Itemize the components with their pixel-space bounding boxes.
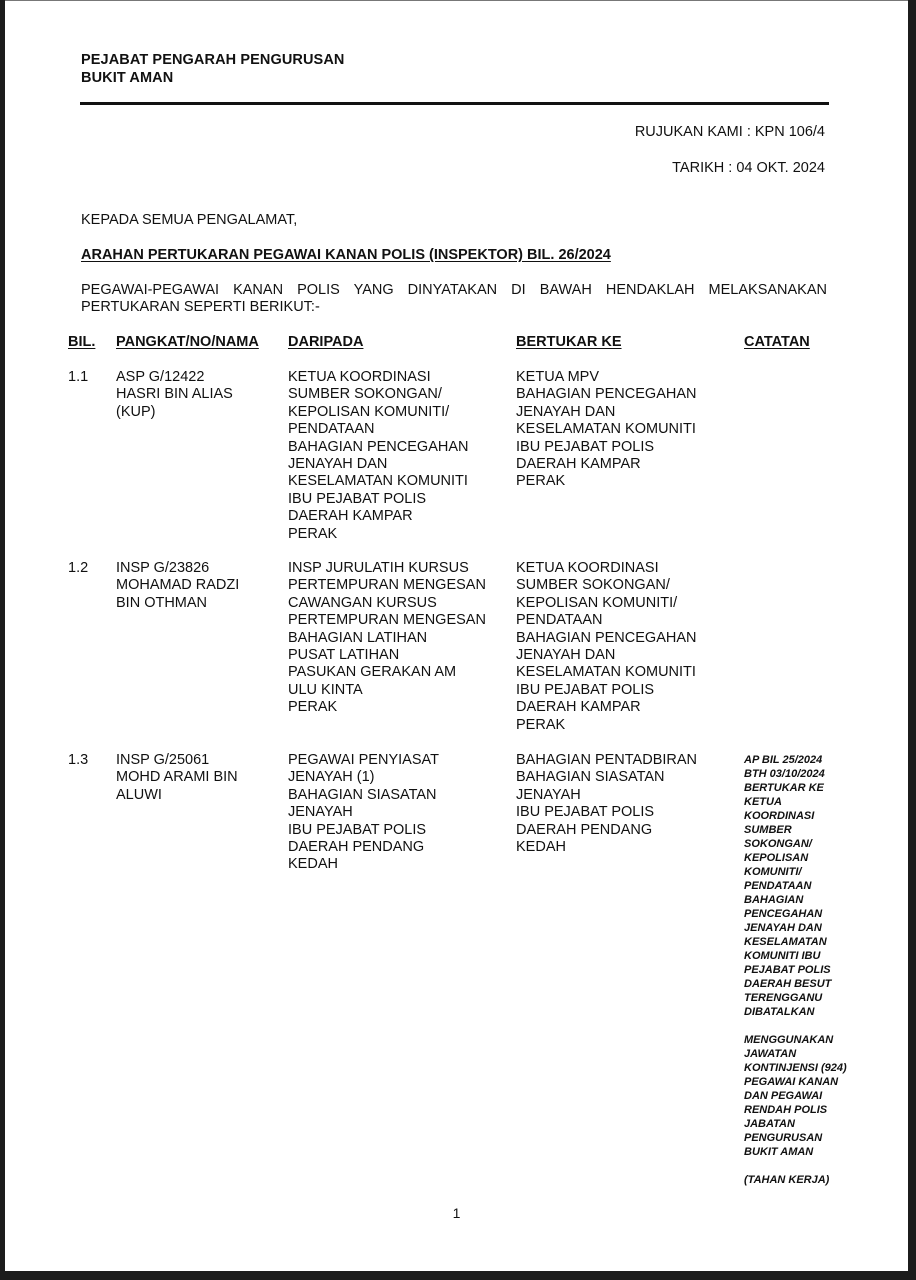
row-number: 1.1: [68, 369, 88, 386]
intro-line-2: PERTUKARAN SEPERTI BERIKUT:-: [81, 299, 827, 316]
officer-name: ASP G/12422 HASRI BIN ALIAS (KUP): [116, 369, 233, 421]
letterhead: PEJABAT PENGARAH PENGURUSAN BUKIT AMAN: [81, 51, 344, 87]
reference-number: RUJUKAN KAMI : KPN 106/4: [635, 124, 825, 140]
column-header-bertukar-ke: BERTUKAR KE: [516, 334, 622, 350]
row-number: 1.2: [68, 560, 88, 577]
header-divider: [80, 102, 829, 105]
officer-name: INSP G/25061 MOHD ARAMI BIN ALUWI: [116, 752, 238, 804]
column-header-daripada: DARIPADA: [288, 334, 363, 350]
document-date: TARIKH : 04 OKT. 2024: [672, 160, 825, 176]
document-subject: ARAHAN PERTUKARAN PEGAWAI KANAN POLIS (I…: [81, 247, 611, 263]
column-header-bil: BIL.: [68, 334, 95, 350]
intro-line-1: PEGAWAI-PEGAWAI KANAN POLIS YANG DINYATA…: [81, 282, 827, 299]
officer-name: INSP G/23826 MOHAMAD RADZI BIN OTHMAN: [116, 560, 239, 612]
transfer-to: KETUA KOORDINASI SUMBER SOKONGAN/ KEPOLI…: [516, 560, 697, 734]
remarks: AP BIL 25/2024 BTH 03/10/2024 BERTUKAR K…: [744, 753, 847, 1187]
row-number: 1.3: [68, 752, 88, 769]
salutation: KEPADA SEMUA PENGALAMAT,: [81, 212, 297, 228]
transfer-from: INSP JURULATIH KURSUS PERTEMPURAN MENGES…: [288, 560, 486, 717]
organization-location: BUKIT AMAN: [81, 69, 344, 87]
page-number: 1: [5, 1205, 908, 1221]
transfer-to: BAHAGIAN PENTADBIRAN BAHAGIAN SIASATAN J…: [516, 752, 697, 856]
intro-paragraph: PEGAWAI-PEGAWAI KANAN POLIS YANG DINYATA…: [81, 282, 827, 316]
column-header-nama: PANGKAT/NO/NAMA: [116, 334, 259, 350]
document-page: PEJABAT PENGARAH PENGURUSAN BUKIT AMAN R…: [5, 0, 908, 1271]
column-header-catatan: CATATAN: [744, 334, 810, 350]
transfer-from: PEGAWAI PENYIASAT JENAYAH (1) BAHAGIAN S…: [288, 752, 439, 874]
transfer-to: KETUA MPV BAHAGIAN PENCEGAHAN JENAYAH DA…: [516, 369, 697, 491]
organization-name: PEJABAT PENGARAH PENGURUSAN: [81, 51, 344, 69]
transfer-from: KETUA KOORDINASI SUMBER SOKONGAN/ KEPOLI…: [288, 369, 469, 543]
